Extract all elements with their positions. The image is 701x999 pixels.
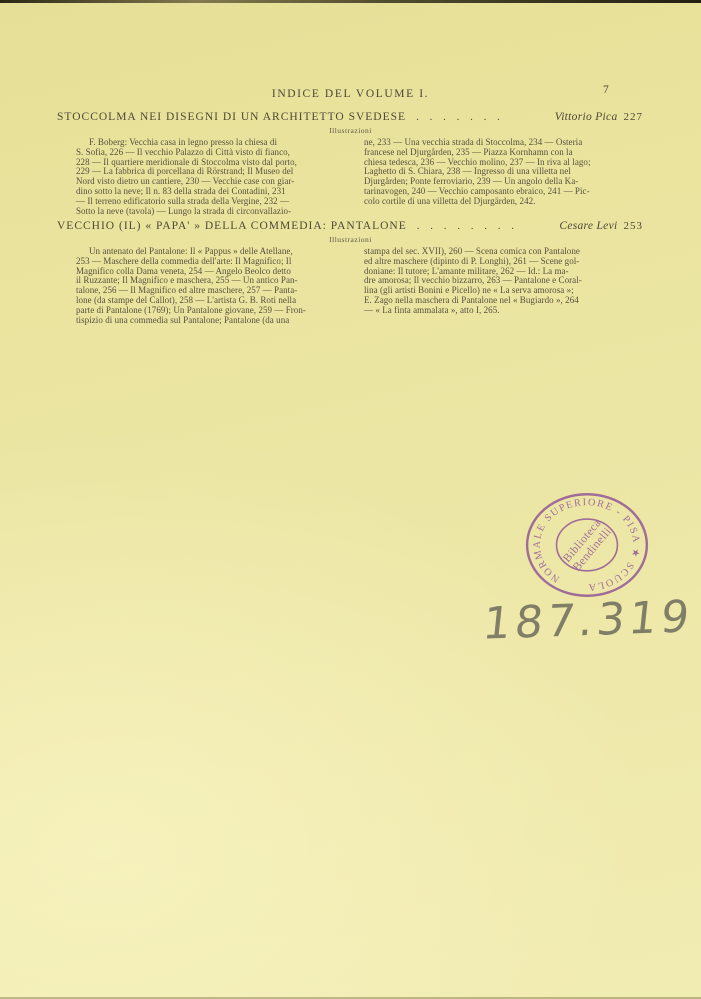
entry-page-ref: 253 [624,220,644,232]
illustration-list-stoccolma: F. Boberg: Vecchia casa in legno presso … [76,138,642,216]
dot-leader: . . . . . . . [406,111,555,123]
handwritten-shelf-number: 187.319 [480,591,695,650]
index-entry-heading-stoccolma: STOCCOLMA NEI DISEGNI DI UN ARCHITETTO S… [57,111,643,123]
scan-top-edge-shadow [0,0,701,3]
index-entry-column-left: Un antenato del Pantalone: Il « Pappus »… [76,247,354,325]
dot-leader: . . . . . . . . [407,220,560,232]
index-entry-column-left: F. Boberg: Vecchia casa in legno presso … [76,138,354,216]
entry-title: VECCHIO (IL) « PAPA' » DELLA COMMEDIA: P… [57,220,407,232]
library-stamp: NORMALE SUPERIORE - PISA ★ SCUOLA Biblio… [520,487,656,605]
running-header: INDICE DEL VOLUME I. [0,84,701,102]
index-entry-heading-pantalone: VECCHIO (IL) « PAPA' » DELLA COMMEDIA: P… [57,220,643,232]
index-entry-column-right: ne, 233 — Una vecchia strada di Stoccolm… [364,138,642,216]
entry-page-ref: 227 [624,111,644,123]
entry-title: STOCCOLMA NEI DISEGNI DI UN ARCHITETTO S… [57,111,406,123]
index-entry-column-right: stampa del sec. XVII), 260 — Scena comic… [364,247,642,325]
illustrations-subheading: Illustrazioni [0,235,701,244]
volume-index-title: INDICE DEL VOLUME I. [272,88,429,100]
entry-author: Cesare Levi [559,220,617,232]
page-number: 7 [603,84,609,96]
illustrations-subheading: Illustrazioni [0,126,701,135]
illustration-list-pantalone: Un antenato del Pantalone: Il « Pappus »… [76,247,642,325]
entry-author: Vittorio Pica [555,111,618,123]
scanned-book-page: INDICE DEL VOLUME I. 7 STOCCOLMA NEI DIS… [0,0,701,999]
